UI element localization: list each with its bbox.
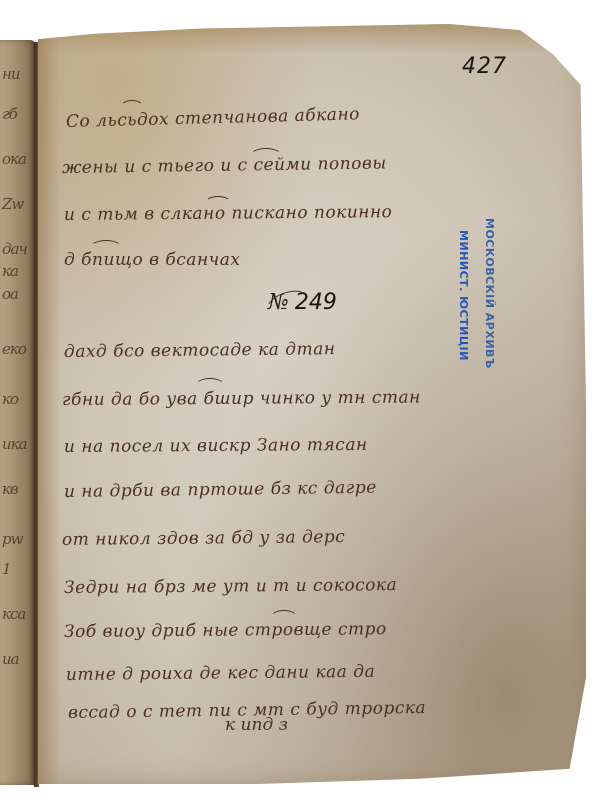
left-page-fragment: гб	[2, 105, 17, 123]
titlo-flourish	[90, 240, 122, 256]
left-page-fragment: кв	[2, 480, 18, 498]
left-page-fragment: рw	[2, 530, 22, 548]
left-page-fragment: Zw	[2, 195, 23, 213]
manuscript-line: от никол здов за бд у за дерс	[62, 527, 345, 550]
left-page-fragment: еко	[2, 340, 26, 358]
titlo-flourish	[120, 100, 144, 116]
manuscript-line: дахд бсо вектосаде ка дтан	[64, 339, 336, 362]
left-page-fragment: 1	[2, 560, 11, 578]
archive-stamp: МОСКОВСКІЙ АРХИВЪ МИНИСТ. ЮСТИЦІИ	[455, 218, 505, 368]
titlo-flourish	[270, 610, 298, 626]
left-page-fragment: дач	[2, 240, 27, 258]
manuscript-line: итне д роиха де кес дани каа да	[66, 662, 375, 685]
manuscript-line: и на посел их вискр Зано тясан	[64, 435, 368, 457]
previous-page-edge: ни гб ока Zw дач ка оа еко ко ика кв рw …	[0, 40, 36, 785]
left-page-fragment: оа	[2, 285, 18, 303]
signature-line: к ипд з	[225, 715, 288, 735]
left-page-fragment: иа	[2, 650, 19, 668]
left-page-fragment: ко	[2, 390, 18, 408]
left-page-fragment: ока	[2, 150, 26, 168]
manuscript-line: д бпищо в бсанчах	[64, 250, 240, 270]
stamp-line-ministry: МИНИСТ. ЮСТИЦІИ	[457, 230, 470, 361]
stamp-line-archive: МОСКОВСКІЙ АРХИВЪ	[483, 218, 496, 369]
left-page-fragment: ни	[2, 65, 20, 83]
titlo-flourish	[250, 148, 282, 164]
titlo-flourish	[205, 196, 231, 210]
titlo-flourish	[195, 378, 225, 394]
left-page-fragment: ка	[2, 262, 18, 280]
manuscript-line: Зоб виоу дриб ные стровще стро	[64, 619, 387, 642]
left-page-fragment: кса	[2, 605, 25, 623]
left-page-fragment: ика	[2, 435, 27, 453]
manuscript-line: гбни да бо ува бшир чинко у тн стан	[62, 387, 421, 410]
manuscript-line: Зедри на брз ме ут и т и сокосока	[64, 575, 397, 598]
manuscript-photo: ни гб ока Zw дач ка оа еко ко ика кв рw …	[0, 0, 596, 800]
folio-number: 427	[462, 54, 507, 79]
